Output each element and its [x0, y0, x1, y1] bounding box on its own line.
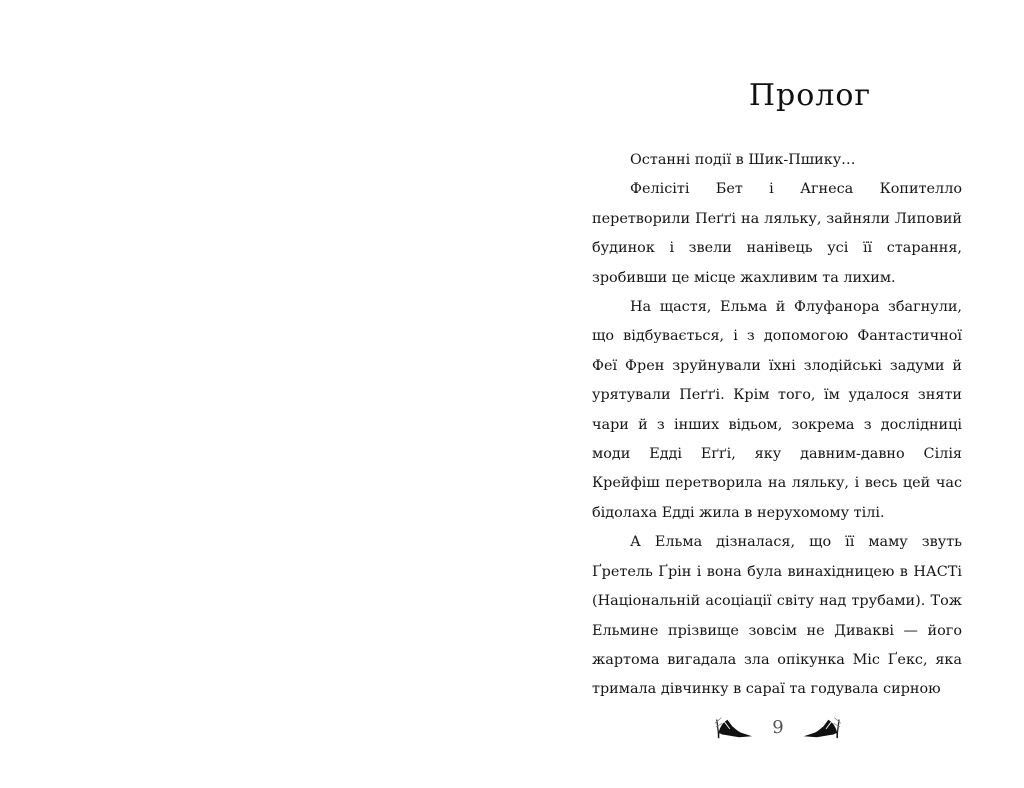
body-text: Останні події в Шик-Пшику… Фелісіті Бет …	[592, 146, 962, 705]
page-footer: 9	[713, 712, 843, 742]
paragraph-2: Фелісіті Бет і Агнеса Копителло перетвор…	[592, 175, 962, 293]
high-heel-shoe-icon	[800, 713, 843, 741]
left-page-blank	[0, 0, 512, 788]
right-page: Пролог Останні події в Шик-Пшику… Фелісі…	[512, 0, 1024, 788]
high-heel-shoe-icon	[713, 713, 756, 741]
paragraph-1: Останні події в Шик-Пшику…	[592, 146, 962, 175]
chapter-title: Пролог	[512, 78, 1024, 113]
book-spread: Пролог Останні події в Шик-Пшику… Фелісі…	[0, 0, 1024, 788]
paragraph-3: На щастя, Ельма й Флуфанора збагнули, що…	[592, 293, 962, 528]
page-number: 9	[768, 717, 788, 738]
paragraph-4: А Ельма дізналася, що її маму звуть Ґрет…	[592, 528, 962, 704]
